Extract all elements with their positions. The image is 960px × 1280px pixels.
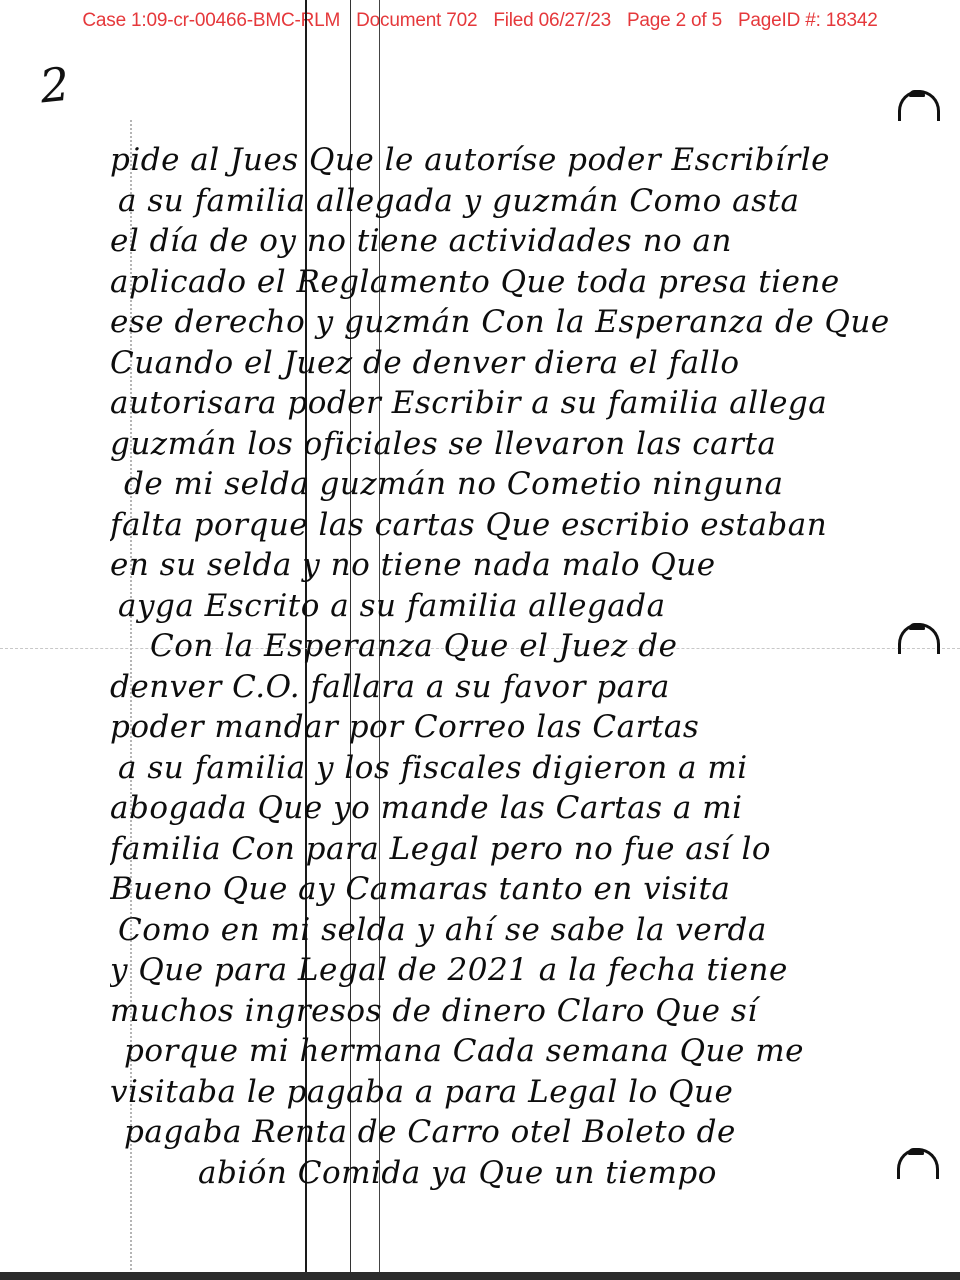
handwritten-line: abogada Que yo mande las Cartas a mi <box>110 788 960 829</box>
handwritten-line: Con la Esperanza Que el Juez de <box>110 626 960 667</box>
court-filing-header: Case 1:09-cr-00466-BMC-RLMDocument 702Fi… <box>0 10 960 32</box>
handwritten-line: autorisara poder Escribir a su familia a… <box>110 383 960 424</box>
handwritten-line: falta porque las cartas Que escribio est… <box>110 505 960 546</box>
handwritten-line: aplicado el Reglamento Que toda presa ti… <box>110 262 960 303</box>
page-count: Page 2 of 5 <box>627 10 722 31</box>
handwritten-line: ese derecho y guzmán Con la Esperanza de… <box>110 302 960 343</box>
handwritten-letter-body: pide al Jues Que le autoríse poder Escri… <box>110 140 960 1193</box>
document-number: Document 702 <box>356 10 477 31</box>
punch-hole-icon <box>898 90 940 121</box>
case-number: Case 1:09-cr-00466-BMC-RLM <box>82 10 340 31</box>
handwritten-line: porque mi hermana Cada semana Que me <box>110 1031 960 1072</box>
handwritten-line: denver C.O. fallara a su favor para <box>110 667 960 708</box>
handwritten-line: y Que para Legal de 2021 a la fecha tien… <box>110 950 960 991</box>
handwritten-line: visitaba le pagaba a para Legal lo Que <box>110 1072 960 1113</box>
handwritten-line: de mi selda guzmán no Cometio ninguna <box>110 464 960 505</box>
handwritten-line: familia Con para Legal pero no fue así l… <box>110 829 960 870</box>
handwritten-line: pide al Jues Que le autoríse poder Escri… <box>110 140 960 181</box>
handwritten-line: pagaba Renta de Carro otel Boleto de <box>110 1112 960 1153</box>
filed-date: Filed 06/27/23 <box>493 10 611 31</box>
handwritten-line: guzmán los oficiales se llevaron las car… <box>110 424 960 465</box>
page-bottom-edge <box>0 1272 960 1280</box>
handwritten-line: poder mandar por Correo las Cartas <box>110 707 960 748</box>
handwritten-line: abión Comida ya Que un tiempo <box>110 1153 960 1194</box>
handwritten-line: en su selda y no tiene nada malo Que <box>110 545 960 586</box>
handwritten-line: Como en mi selda y ahí se sabe la verda <box>110 910 960 951</box>
handwritten-line: Bueno Que ay Camaras tanto en visita <box>110 869 960 910</box>
handwritten-line: el día de oy no tiene actividades no an <box>110 221 960 262</box>
handwritten-line: a su familia y los fiscales digieron a m… <box>110 748 960 789</box>
handwritten-line: a su familia allegada y guzmán Como asta <box>110 181 960 222</box>
handwritten-line: ayga Escrito a su familia allegada <box>110 586 960 627</box>
document-page: Case 1:09-cr-00466-BMC-RLMDocument 702Fi… <box>0 0 960 1272</box>
handwritten-line: Cuando el Juez de denver diera el fallo <box>110 343 960 384</box>
handwritten-page-number: 2 <box>37 57 72 114</box>
page-id: PageID #: 18342 <box>738 10 878 31</box>
handwritten-line: muchos ingresos de dinero Claro Que sí <box>110 991 960 1032</box>
